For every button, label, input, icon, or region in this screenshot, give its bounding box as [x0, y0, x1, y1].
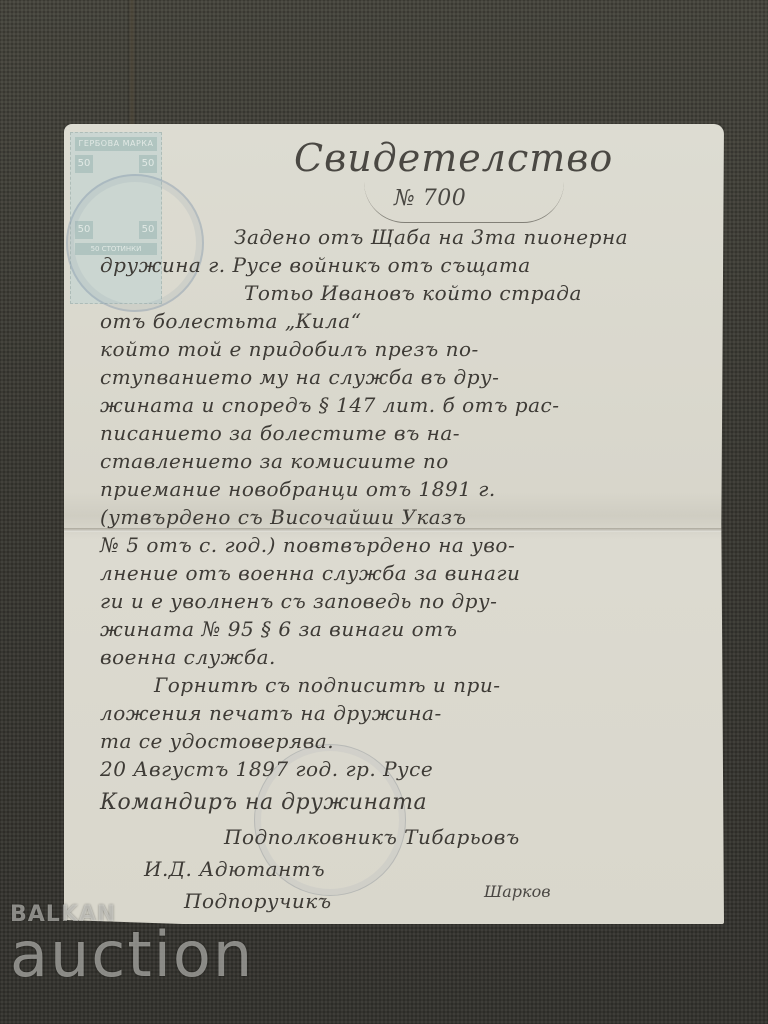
watermark-bottom: auction [10, 924, 254, 986]
closing-adjutant: И.Д. Адютантъ [144, 856, 325, 882]
body-line: 20 Августъ 1897 год. гр. Русе [100, 756, 433, 782]
watermark-logo: BALKAN auction [10, 904, 254, 986]
body-line: Задено отъ Щаба на 3та пионерна [234, 224, 628, 250]
body-line: жината № 95 § 6 за винаги отъ [100, 616, 457, 642]
body-line: лнение отъ военна служба за винаги [100, 560, 520, 586]
ink-seal-icon [66, 174, 204, 312]
document-title: Свидетелство [294, 136, 613, 180]
body-line: № 5 отъ с. год.) повтвърдено на уво- [100, 532, 515, 558]
body-line: ставлението за комисиите по [100, 448, 449, 474]
body-line: приемание новобранци отъ 1891 г. [100, 476, 496, 502]
body-line: ступванието му на служба въ дру- [100, 364, 499, 390]
body-line: военна служба. [100, 644, 276, 670]
document-paper: ГЕРБОВА МАРКА 50 50 50 50 50 СТОТИНКИ Св… [64, 124, 724, 924]
body-line: писанието за болестите въ на- [100, 420, 460, 446]
body-line: ложения печатъ на дружина- [100, 700, 442, 726]
stamp-value-right: 50 [139, 155, 157, 173]
handwritten-signature: Шарков [484, 882, 551, 901]
body-line: дружина г. Русе войникъ отъ същата [100, 252, 531, 278]
body-line: (утвърдено съ Височайши Указъ [100, 504, 466, 530]
document-number: № 700 [394, 186, 466, 211]
stamp-label: ГЕРБОВА МАРКА [75, 137, 157, 151]
body-line: който той е придобилъ презъ по- [100, 336, 479, 362]
closing-commander: Командиръ на дружината [100, 790, 427, 816]
stamp-value-left: 50 [75, 155, 93, 173]
body-line: жината и споредъ § 147 лит. б отъ рас- [100, 392, 559, 418]
body-line: ги и е уволненъ съ заповедь по дру- [100, 588, 497, 614]
cloth-fold [128, 0, 136, 140]
body-line: отъ болестьта „Кила“ [100, 308, 361, 334]
closing-rank-name: Подполковникъ Тибарьовъ [224, 824, 520, 850]
body-line: та се удостоверява. [100, 728, 334, 754]
body-line: Тотьо Ивановъ който страда [244, 280, 582, 306]
body-line: Горнитѣ съ подписитѣ и при- [154, 672, 500, 698]
